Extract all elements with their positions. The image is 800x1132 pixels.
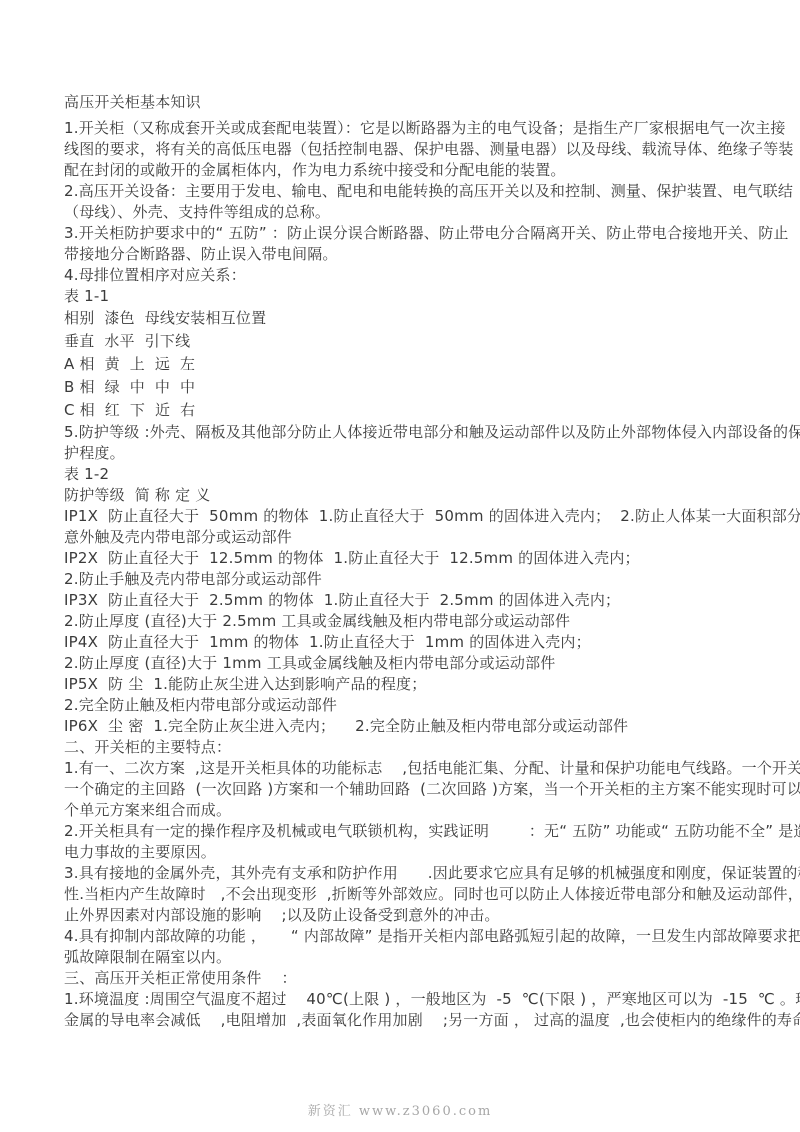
text-line: IP1X 防止直径大于 50mm 的物体 1.防止直径大于 50mm 的固体进入… — [64, 506, 756, 527]
text-line: 1.开关柜（又称成套开关或成套配电装置）：它是以断路器为主的电气设备；是指生产厂… — [64, 118, 756, 139]
text-line: 表 1-1 — [64, 286, 756, 307]
text-line: 1.环境温度 :周围空气温度不超过 40℃(上限 ) ，一般地区为 -5 ℃(下… — [64, 989, 756, 1010]
text-line: 2.防止厚度 (直径)大于 1mm 工具或金属线触及柜内带电部分或运动部件 — [64, 653, 756, 674]
text-line: 配在封闭的或敞开的金属柜体内，作为电力系统中接受和分配电能的装置。 — [64, 160, 756, 181]
text-line: 2.防止厚度 (直径)大于 2.5mm 工具或金属线触及柜内带电部分或运动部件 — [64, 611, 756, 632]
text-line: C 相 红 下 近 右 — [64, 399, 756, 422]
text-line: 3.具有接地的金属外壳，其外壳有支承和防护作用 .因此要求它应具有足够的机械强度… — [64, 863, 756, 884]
text-line: 线图的要求，将有关的高低压电器（包括控制电器、保护电器、测量电器）以及母线、载流… — [64, 139, 756, 160]
text-line: 4.母排位置相序对应关系： — [64, 265, 756, 286]
footer-watermark: 新资汇 www.z3060.com — [0, 1100, 800, 1119]
text-line: 防护等级 简 称 定 义 — [64, 485, 756, 506]
text-line: A 相 黄 上 远 左 — [64, 353, 756, 376]
text-line: 个单元方案来组合而成。 — [64, 800, 756, 821]
text-line: IP6X 尘 密 1.完全防止灰尘进入壳内； 2.完全防止触及柜内带电部分或运动… — [64, 716, 756, 737]
text-line: 2.防止手触及壳内带电部分或运动部件 — [64, 569, 756, 590]
text-line: 意外触及壳内带电部分或运动部件 — [64, 527, 756, 548]
text-line: 电力事故的主要原因。 — [64, 842, 756, 863]
text-line: 相别 漆色 母线安装相互位置 — [64, 307, 756, 330]
text-line: 表 1-2 — [64, 464, 756, 485]
text-line: 性.当柜内产生故障时 ,不会出现变形 ,折断等外部效应。同时也可以防止人体接近带… — [64, 884, 756, 905]
text-line: IP5X 防 尘 1.能防止灰尘进入达到影响产品的程度； — [64, 674, 756, 695]
text-line: 3.开关柜防护要求中的“ 五防” ：防止误分误合断路器、防止带电分合隔离开关、防… — [64, 223, 756, 244]
text-line: 一个确定的主回路 (一次回路 )方案和一个辅助回路 (二次回路 )方案，当一个开… — [64, 779, 756, 800]
document-title: 高压开关柜基本知识 — [64, 92, 756, 113]
text-line: 垂直 水平 引下线 — [64, 330, 756, 353]
text-line: 带接地分合断路器、防止误入带电间隔。 — [64, 244, 756, 265]
text-line: IP4X 防止直径大于 1mm 的物体 1.防止直径大于 1mm 的固体进入壳内… — [64, 632, 756, 653]
text-line: 金属的导电率会减低 ,电阻增加 ,表面氧化作用加剧 ;另一方面 ， 过高的温度 … — [64, 1010, 756, 1031]
text-line: 止外界因素对内部设施的影响 ;以及防止设备受到意外的冲击。 — [64, 905, 756, 926]
text-line: （母线）、外壳、支持件等组成的总称。 — [64, 202, 756, 223]
text-line: 5.防护等级 :外壳、隔板及其他部分防止人体接近带电部分和触及运动部件以及防止外… — [64, 422, 756, 443]
text-line: 2.完全防止触及柜内带电部分或运动部件 — [64, 695, 756, 716]
text-line: B 相 绿 中 中 中 — [64, 376, 756, 399]
text-line: IP3X 防止直径大于 2.5mm 的物体 1.防止直径大于 2.5mm 的固体… — [64, 590, 756, 611]
text-line: 2.开关柜具有一定的操作程序及机械或电气联锁机构，实践证明 ：无“ 五防” 功能… — [64, 821, 756, 842]
text-line: 2.高压开关设备：主要用于发电、输电、配电和电能转换的高压开关以及和控制、测量、… — [64, 181, 756, 202]
text-line: 1.有一、二次方案 ,这是开关柜具体的功能标志 ,包括电能汇集、分配、计量和保护… — [64, 758, 756, 779]
text-line: 二、开关柜的主要特点： — [64, 737, 756, 758]
text-line: 三、高压开关柜正常使用条件 ： — [64, 968, 756, 989]
document-page: 高压开关柜基本知识1.开关柜（又称成套开关或成套配电装置）：它是以断路器为主的电… — [0, 0, 800, 1132]
text-line: IP2X 防止直径大于 12.5mm 的物体 1.防止直径大于 12.5mm 的… — [64, 548, 756, 569]
text-line: 弧故障限制在隔室以内。 — [64, 947, 756, 968]
document-body: 高压开关柜基本知识1.开关柜（又称成套开关或成套配电装置）：它是以断路器为主的电… — [64, 92, 756, 1031]
text-line: 4.具有抑制内部故障的功能 ， “ 内部故障” 是指开关柜内部电路弧短引起的故障… — [64, 926, 756, 947]
text-line: 护程度。 — [64, 443, 756, 464]
